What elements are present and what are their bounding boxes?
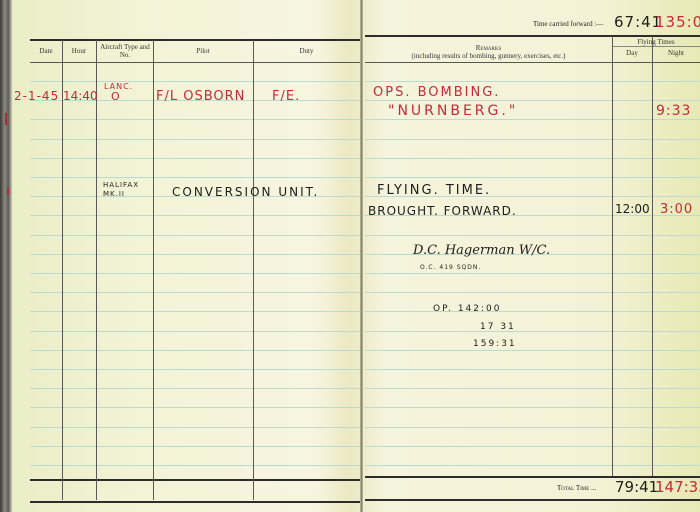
col-line-date	[62, 40, 63, 500]
ruled-line	[365, 427, 700, 428]
margin-mark	[5, 113, 7, 125]
col-header-pilot: Pilot	[153, 47, 253, 55]
notes-line1: OP. 142:00	[433, 304, 502, 314]
ruled-line	[30, 388, 360, 389]
col-header-remarks: Remarks	[365, 44, 612, 52]
ruled-line	[30, 139, 360, 140]
entry-2-aircraft-type: HALIFAX	[103, 181, 139, 189]
ruled-line	[365, 273, 700, 274]
ruled-line	[365, 311, 700, 312]
ruled-line	[30, 369, 360, 370]
ruled-line	[30, 119, 360, 120]
ruled-line	[365, 350, 700, 351]
ruled-line	[365, 369, 700, 370]
ruled-line	[30, 331, 360, 332]
signature-title: O.C. 419 SQDN.	[420, 264, 481, 271]
ruled-line	[365, 177, 700, 178]
header-top-rule	[30, 39, 360, 41]
header-bottom-rule-right	[365, 62, 700, 63]
header-top-rule-right	[365, 35, 700, 37]
col-header-duty: Duty	[253, 47, 360, 55]
ruled-line	[365, 158, 700, 159]
time-carried-forward-label: Time carried forward :—	[533, 20, 603, 28]
col-line-pilot	[253, 40, 254, 500]
col-line-hour	[96, 40, 97, 500]
col-header-hour: Hour	[62, 47, 96, 55]
ruled-line	[30, 273, 360, 274]
col-header-date: Date	[30, 47, 62, 55]
footer-rule-2	[30, 501, 360, 503]
col-line-day	[652, 36, 653, 476]
ruled-line	[30, 235, 360, 236]
notes-line2: 17 31	[480, 322, 516, 332]
col-line-aircraft	[153, 40, 154, 500]
entry-1-pilot: F/L OSBORN	[156, 89, 245, 104]
entry-1-date: 2-1-45	[14, 89, 59, 103]
col-header-night: Night	[652, 49, 700, 57]
margin-mark	[7, 188, 9, 194]
ruled-line	[365, 446, 700, 447]
ruled-line	[365, 407, 700, 408]
total-time-label: Total Time ...	[557, 484, 596, 492]
book-binding	[0, 0, 12, 512]
ruled-line	[30, 311, 360, 312]
footer-rule-right-2	[365, 499, 700, 501]
total-night: 147:33	[655, 478, 700, 496]
ruled-line	[30, 465, 360, 466]
entry-2-remarks-line2: BROUGHT. FORWARD.	[368, 204, 517, 218]
ruled-line	[30, 254, 360, 255]
ruled-line	[30, 407, 360, 408]
entry-2-day: 12:00	[615, 202, 650, 216]
ruled-line	[30, 215, 360, 216]
entry-1-aircraft-no: O	[111, 90, 121, 103]
ruled-line	[365, 139, 700, 140]
entry-1-duty: F/E.	[272, 89, 300, 104]
entry-1-remarks-line1: OPS. BOMBING.	[373, 85, 500, 100]
page-spine	[360, 0, 363, 512]
ruled-line	[30, 177, 360, 178]
ruled-line	[365, 235, 700, 236]
entry-2-aircraft-no: MK.II	[103, 190, 125, 198]
ruled-line	[30, 350, 360, 351]
ruled-line	[30, 292, 360, 293]
col-header-aircraft: Aircraft Type and No.	[98, 43, 152, 59]
ruled-line	[365, 100, 700, 101]
flying-times-subrule	[612, 46, 700, 47]
ruled-line	[30, 81, 360, 82]
total-day: 79:41	[615, 478, 658, 496]
ruled-line	[365, 465, 700, 466]
entry-2-night: 3:00	[660, 202, 693, 217]
entry-1-remarks-line2: "NURNBERG."	[388, 103, 518, 119]
footer-rule-1	[30, 479, 360, 481]
ruled-line	[365, 331, 700, 332]
ruled-line	[365, 388, 700, 389]
signature-name: D.C. Hagerman W/C.	[413, 243, 550, 258]
col-header-day: Day	[612, 49, 652, 57]
entry-1-hour: 14:40	[63, 89, 98, 103]
entry-2-pilot: CONVERSION UNIT.	[172, 185, 319, 199]
col-line-remarks	[612, 36, 613, 476]
entry-1-night: 9:33	[656, 103, 691, 119]
carried-forward-night: 135:00	[655, 13, 700, 31]
notes-line3: 159:31	[473, 339, 517, 349]
col-header-flying-times: Flying Times	[612, 38, 700, 46]
ruled-line	[30, 158, 360, 159]
header-bottom-rule	[30, 62, 360, 63]
ruled-line	[30, 446, 360, 447]
col-header-remarks-sub: (including results of bombing, gunnery, …	[365, 52, 612, 60]
ruled-line	[365, 81, 700, 82]
ruled-line	[365, 119, 700, 120]
ruled-line	[30, 427, 360, 428]
logbook-spread: Date Hour Aircraft Type and No. Pilot Du…	[0, 0, 700, 512]
ruled-line	[365, 292, 700, 293]
entry-2-remarks-line1: FLYING. TIME.	[377, 183, 491, 198]
